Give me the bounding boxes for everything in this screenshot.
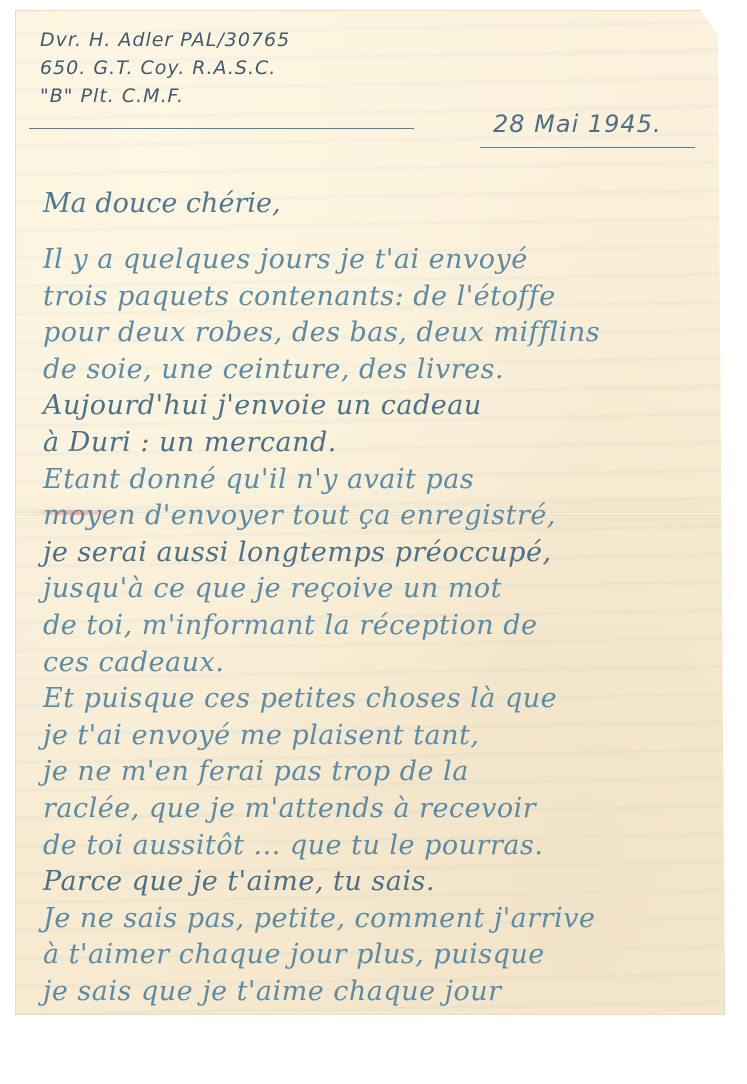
letter-line: Je ne sais pas, petite, comment j'arrive <box>43 901 718 938</box>
letter-line: jusqu'à ce que je reçoive un mot <box>43 571 718 608</box>
letter-line: raclée, que je m'attends à recevoir <box>43 791 718 828</box>
letter-line: moyen d'envoyer tout ça enregistré, <box>43 498 718 535</box>
letter-line: Aujourd'hui j'envoie un cadeau <box>43 388 718 425</box>
letter-line: à t'aimer chaque jour plus, puisque <box>43 937 718 974</box>
address-line-1: Dvr. H. Adler PAL/30765 <box>40 26 290 54</box>
address-line-3: "B" Plt. C.M.F. <box>40 82 290 110</box>
letter-line: Et puisque ces petites choses là que <box>43 681 718 718</box>
letter-line: de toi aussitôt ... que tu le pourras. <box>43 828 718 865</box>
letter-line: Il y a quelques jours je t'ai envoyé <box>43 242 718 279</box>
letter-line: je t'ai envoyé me plaisent tant, <box>43 718 718 755</box>
letter-body: Il y a quelques jours je t'ai envoyé tro… <box>43 242 718 1024</box>
letter-line: on ne peut pas plus. <box>43 1010 718 1024</box>
letter-date: 28 Mai 1945. <box>493 110 662 138</box>
letter-page: Dvr. H. Adler PAL/30765 650. G.T. Coy. R… <box>15 10 725 1015</box>
letter-line: pour deux robes, des bas, deux mifflins <box>43 315 718 352</box>
salutation: Ma douce chérie, <box>43 188 281 219</box>
letter-line: je ne m'en ferai pas trop de la <box>43 754 718 791</box>
letter-line: trois paquets contenants: de l'étoffe <box>43 279 718 316</box>
address-underline <box>29 128 414 129</box>
letter-line: je sais que je t'aime chaque jour <box>43 974 718 1011</box>
date-underline <box>480 147 695 148</box>
letter-line: à Duri : un mercand. <box>43 425 718 462</box>
letter-line: de toi, m'informant la réception de <box>43 608 718 645</box>
letter-line: Etant donné qu'il n'y avait pas <box>43 462 718 499</box>
sender-address: Dvr. H. Adler PAL/30765 650. G.T. Coy. R… <box>40 26 290 110</box>
letter-line: Parce que je t'aime, tu sais. <box>43 864 718 901</box>
address-line-2: 650. G.T. Coy. R.A.S.C. <box>40 54 290 82</box>
letter-line: je serai aussi longtemps préoccupé, <box>43 535 718 572</box>
letter-line: ces cadeaux. <box>43 645 718 682</box>
letter-line: de soie, une ceinture, des livres. <box>43 352 718 389</box>
